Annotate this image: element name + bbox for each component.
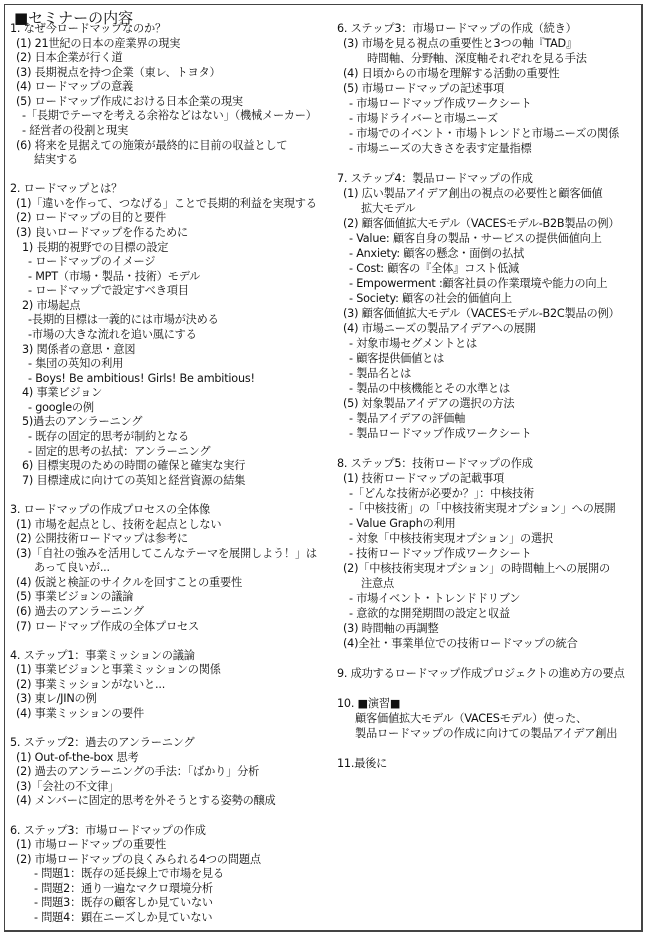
list-item: 1) 長期的視野での目標の設定 [10, 240, 168, 255]
list-item: -「長期でテーマを考える余裕などはない」（機械メーカー） [10, 108, 317, 123]
list-item: (2) 市場ロードマップの良くみられる4つの問題点 [10, 852, 261, 867]
list-item: - MPT（市場・製品・技術）モデル [10, 269, 200, 284]
list-item: (3) 良いロードマップを作るために [10, 225, 188, 240]
list-item: - 対象「中核技術実現オプション」の選択 [337, 531, 553, 546]
list-item: 7) 目標達成に向けての英知と経営資源の結集 [10, 473, 245, 488]
list-item: - 製品ロードマップ作成ワークシート [337, 426, 532, 441]
list-item: 時間軸、分野軸、深度軸それぞれを見る手法 [337, 51, 587, 66]
list-item: - 意欲的な開発期間の設定と収益 [337, 606, 510, 621]
list-item: (1) 広い製品アイデア創出の視点の必要性と顧客価値 [337, 186, 602, 201]
list-item: (5) 事業ビジョンの議論 [10, 589, 133, 604]
section-heading: 9. 成功するロードマップ作成プロジェクトの進め方の要点 [337, 666, 625, 681]
section-heading: 1. なぜ今ロードマップなのか？ [10, 21, 166, 36]
list-item: - 市場ドライバーと市場ニーズ [337, 111, 498, 126]
list-item: - Boys! Be ambitious! Girls! Be ambitiou… [10, 371, 255, 386]
section-heading: 10. ■演習■ [337, 696, 400, 711]
list-item: (5) 対象製品アイデアの選択の方法 [337, 396, 514, 411]
list-item: -「中核技術」の「中核技術実現オプション」への展開 [337, 501, 616, 516]
section-heading: 8. ステップ5：技術ロードマップの作成 [337, 456, 533, 471]
section-heading: 4. ステップ1：事業ミッションの議論 [10, 648, 195, 663]
list-item: 4) 事業ビジョン [10, 385, 102, 400]
section-heading: 3. ロードマップの作成プロセスの全体像 [10, 502, 210, 517]
list-item: あって良いが... [10, 560, 110, 575]
list-item: - 製品の中核機能とその水準とは [337, 381, 510, 396]
list-item: (4) 事業ミッションの要件 [10, 706, 144, 721]
list-item: - Value Graphの利用 [337, 516, 456, 531]
list-item: (2) 事業ミッションがないと... [10, 677, 165, 692]
list-item: - 対象市場セグメントとは [337, 336, 477, 351]
list-item: (3) 時間軸の再調整 [337, 621, 439, 636]
list-item: (7) ロードマップ作成の全体プロセス [10, 619, 199, 634]
list-item: (4) メンバーに固定的思考を外そうとする姿勢の醸成 [10, 793, 276, 808]
list-item: - 問題4：顕在ニーズしか見ていない [10, 910, 212, 925]
list-item: - 経営者の役割と現実 [10, 123, 128, 138]
list-item: (3)「自社の強みを活用してこんなテーマを展開しよう！」は [10, 546, 317, 561]
list-item: - 製品名とは [337, 366, 411, 381]
list-item: - 固定的思考の払拭：アンラーニング [10, 444, 210, 459]
list-item: (1)「違いを作って、つなげる」ことで長期的利益を実現する [10, 196, 317, 211]
list-item: - Cost: 顧客の『全体』コスト低減 [337, 261, 519, 276]
list-item: (4)全社・事業単位での技術ロードマップの統合 [337, 636, 578, 651]
list-item: (1) 市場ロードマップの重要性 [10, 837, 166, 852]
list-item: (3) 東レ/JINの例 [10, 691, 97, 706]
list-item: - ロードマップで設定すべき項目 [10, 283, 189, 298]
list-item: 結実する [10, 152, 78, 167]
list-item: (1) 技術ロードマップの記載事項 [337, 471, 504, 486]
list-item: (3) 顧客価値拡大モデル（VACESモデル-B2C製品の例） [337, 306, 619, 321]
list-item: - Empowerment :顧客社員の作業環境や能力の向上 [337, 276, 607, 291]
list-item: (1) Out-of-the-box 思考 [10, 750, 139, 765]
list-item: (3) 長期視点を持つ企業（東レ、トヨタ） [10, 65, 221, 80]
list-item: - Anxiety: 顧客の懸念・面倒の払拭 [337, 246, 524, 261]
list-item: 拡大モデル [337, 201, 415, 216]
list-item: - 市場ロードマップ作成ワークシート [337, 96, 532, 111]
section-heading: 5. ステップ2：過去のアンラーニング [10, 735, 194, 750]
list-item: - 市場ニーズの大きさを表す定量指標 [337, 141, 531, 156]
list-item: - Society: 顧客の社会的価値向上 [337, 291, 512, 306]
list-item: (1) 事業ビジョンと事業ミッションの関係 [10, 662, 221, 677]
list-item: 製品ロードマップの作成に向けての製品アイデア創出 [337, 726, 617, 741]
section-heading: 7. ステップ4：製品ロードマップの作成 [337, 171, 533, 186]
list-item: 3) 関係者の意思・意図 [10, 342, 135, 357]
list-item: (1) 市場を起点とし、技術を起点としない [10, 517, 221, 532]
list-item: 5)過去のアンラーニング [10, 414, 142, 429]
list-item: (2) ロードマップの目的と要件 [10, 210, 166, 225]
list-item: (2) 日本企業が行く道 [10, 50, 123, 65]
list-item: - 顧客提供価値とは [337, 351, 444, 366]
list-item: 2) 市場起点 [10, 298, 80, 313]
list-item: (2) 過去のアンラーニングの手法：「ばかり」分析 [10, 764, 259, 779]
section-heading: 2. ロードマップとは？ [10, 181, 122, 196]
list-item: (2)「中核技術実現オプション」の時間軸上への展開の [337, 561, 610, 576]
list-item: (1) 21世紀の日本の産業界の現実 [10, 36, 180, 51]
list-item: (3) 市場を見る視点の重要性と3つの軸『TAD』 [337, 36, 577, 51]
list-item: -「どんな技術が必要か？」：中核技術 [337, 486, 534, 501]
list-item: - 問題1：既存の延長線上で市場を見る [10, 866, 224, 881]
list-item: (5) 市場ロードマップの記述事項 [337, 81, 504, 96]
list-item: - 集団の英知の利用 [10, 356, 123, 371]
list-item: - 市場でのイベント・市場トレンドと市場ニーズの関係 [337, 126, 619, 141]
list-item: - 製品アイデアの評価軸 [337, 411, 465, 426]
list-item: (6) 過去のアンラーニング [10, 604, 144, 619]
list-item: - Value: 顧客自身の製品・サービスの提供価値向上 [337, 231, 602, 246]
list-item: 6) 目標実現のための時間の確保と確実な実行 [10, 458, 245, 473]
section-heading: 6. ステップ3：市場ロードマップの作成 [10, 823, 206, 838]
list-item: -市場の大きな流れを追い風にする [10, 327, 197, 342]
list-item: (4) ロードマップの意義 [10, 79, 133, 94]
section-heading: 11.最後に [337, 756, 387, 771]
list-item: (4) 仮説と検証のサイクルを回すことの重要性 [10, 575, 242, 590]
list-item: (4) 日頃からの市場を理解する活動の重要性 [337, 66, 559, 81]
list-item: - 既存の固定的思考が制約となる [10, 429, 189, 444]
list-item: (4) 市場ニーズの製品アイデアへの展開 [337, 321, 536, 336]
list-item: - 市場イベント・トレンドドリブン [337, 591, 520, 606]
list-item: - ロードマップのイメージ [10, 254, 155, 269]
list-item: 注意点 [337, 576, 394, 591]
list-item: 顧客価値拡大モデル（VACESモデル）使った、 [337, 711, 587, 726]
list-item: - 問題2：通り一遍なマクロ環境分析 [10, 881, 213, 896]
section-heading: 6. ステップ3：市場ロードマップの作成（続き） [337, 21, 577, 36]
list-item: (5) ロードマップ作成における日本企業の現実 [10, 94, 243, 109]
list-item: (2) 公開技術ロードマップは参考に [10, 531, 188, 546]
list-item: (6) 将来を見据えての施策が最終的に目前の収益として [10, 138, 287, 153]
list-item: - 問題3：既存の顧客しか見ていない [10, 895, 213, 910]
list-item: (2) 顧客価値拡大モデル（VACESモデル-B2B製品の例） [337, 216, 619, 231]
list-item: - googleの例 [10, 400, 94, 415]
list-item: - 技術ロードマップ作成ワークシート [337, 546, 532, 561]
list-item: (3)「会社の不文律」 [10, 779, 119, 794]
list-item: -長期的目標は一義的には市場が決める [10, 312, 219, 327]
